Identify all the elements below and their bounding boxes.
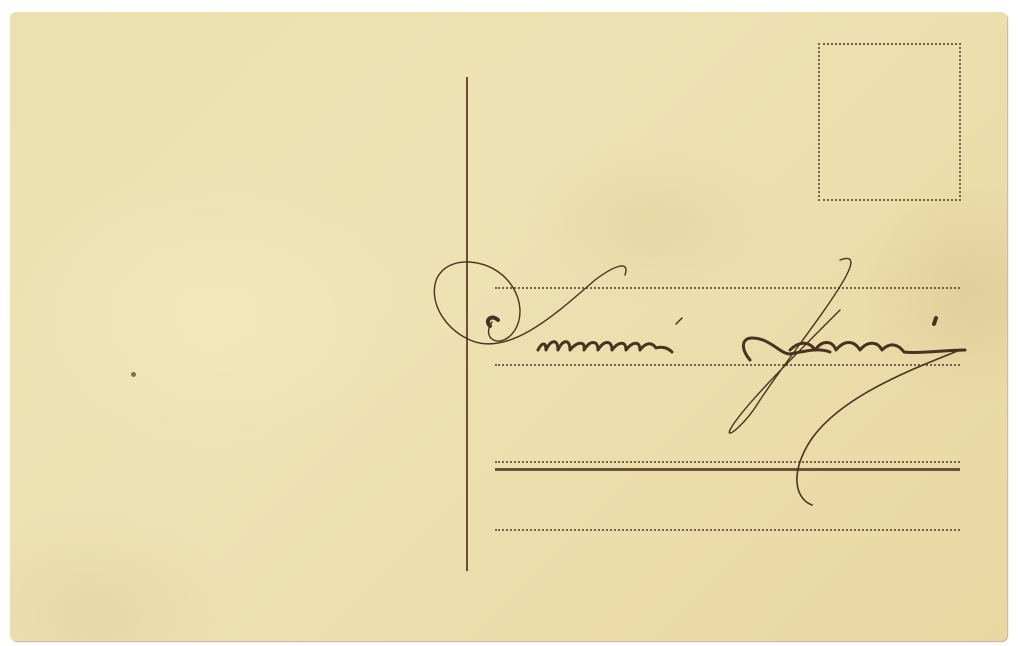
- address-line: [495, 529, 960, 531]
- handwriting-strokes: [420, 250, 980, 520]
- handwritten-greeting: Sinceri Auguri: [420, 250, 980, 520]
- stamp-box: [818, 43, 961, 201]
- paper-spot: [131, 372, 136, 377]
